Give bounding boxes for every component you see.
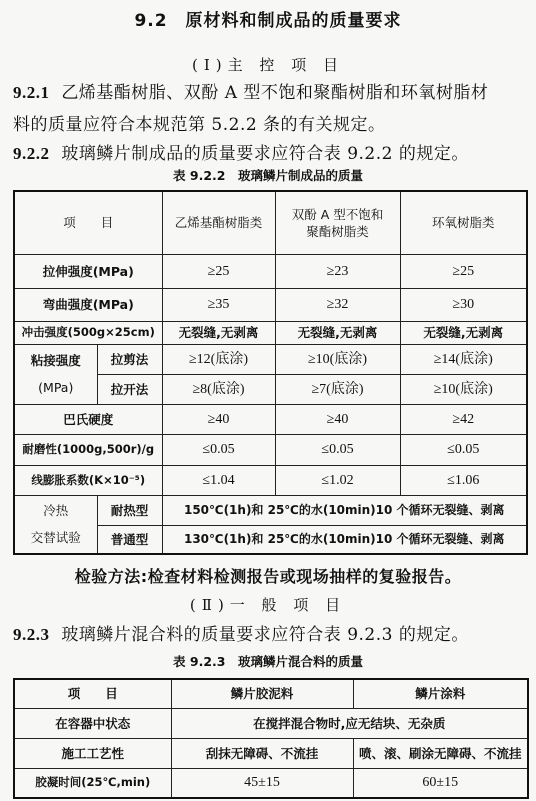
cell: ≥25 <box>162 254 275 288</box>
inspection-method: 检验方法:检查材料检测报告或现场抽样的复验报告。 <box>0 564 536 587</box>
cell: ≤1.04 <box>162 465 275 495</box>
cell: ≥35 <box>162 288 275 321</box>
cell: ≥10(底涂) <box>275 344 400 374</box>
subsection-heading-main-control: (Ⅰ)主 控 项 目 <box>0 54 536 75</box>
header-flake-coating: 鳞片涂料 <box>353 679 528 708</box>
label-line2: (MPa) <box>15 379 97 396</box>
clause-number: 9.2.2 <box>13 144 50 163</box>
table-row: 施工工艺性 刮抹无障碍、不流挂 喷、滚、刷涂无障碍、不流挂 <box>14 738 528 768</box>
clause-9-2-2: 9.2.2 玻璃鳞片制成品的质量要求应符合表 9.2.2 的规定。 <box>13 139 469 164</box>
header-line2: 聚酯树脂类 <box>276 223 400 240</box>
cell: ≥10(底涂) <box>400 374 527 404</box>
cell: 无裂缝,无剥离 <box>400 321 527 344</box>
sub-label: 耐热型 <box>97 495 162 525</box>
table-row: 线膨胀系数(K×10⁻⁵) ≤1.04 ≤1.02 ≤1.06 <box>14 465 527 495</box>
table-row: 拉伸强度(MPa) ≥25 ≥23 ≥25 <box>14 254 527 288</box>
row-label: 粘接强度(MPa) <box>14 344 97 404</box>
table-row: 冲击强度(500g×25cm) 无裂缝,无剥离 无裂缝,无剥离 无裂缝,无剥离 <box>14 321 527 344</box>
cell: 无裂缝,无剥离 <box>162 321 275 344</box>
row-label: 在容器中状态 <box>14 708 171 738</box>
label-line1: 冷热 <box>15 502 97 519</box>
table-row: 耐磨性(1000g,500r)/g ≤0.05 ≤0.05 ≤0.05 <box>14 434 527 465</box>
row-label: 拉伸强度(MPa) <box>14 254 162 288</box>
row-label: 胶凝时间(25℃,min) <box>14 768 171 798</box>
header-flake-putty: 鳞片胶泥料 <box>171 679 353 708</box>
cell: 60±15 <box>353 768 528 798</box>
clause-9-2-1-line1: 9.2.1 乙烯基酯树脂、双酚 A 型不饱和聚酯树脂和环氧树脂材 <box>13 78 488 103</box>
header-item: 项 目 <box>14 679 171 708</box>
table-header-row: 项 目 鳞片胶泥料 鳞片涂料 <box>14 679 528 708</box>
table-9-2-2-caption: 表 9.2.2 玻璃鳞片制成品的质量 <box>0 166 536 184</box>
row-label: 冲击强度(500g×25cm) <box>14 321 162 344</box>
cell: ≤0.05 <box>162 434 275 465</box>
cell: ≥25 <box>400 254 527 288</box>
merged-cell: 在搅拌混合物时,应无结块、无杂质 <box>171 708 528 738</box>
label-line1: 粘接强度 <box>15 352 97 369</box>
row-label: 线膨胀系数(K×10⁻⁵) <box>14 465 162 495</box>
cell: ≥14(底涂) <box>400 344 527 374</box>
clause-9-2-3: 9.2.3 玻璃鳞片混合料的质量要求应符合表 9.2.3 的规定。 <box>13 620 469 645</box>
subsection-heading-general: (Ⅱ)一 般 项 目 <box>0 594 536 615</box>
table-row: 巴氏硬度 ≥40 ≥40 ≥42 <box>14 404 527 434</box>
row-label: 冷热交替试验 <box>14 495 97 554</box>
label-line2: 交替试验 <box>15 529 97 546</box>
cell: ≥42 <box>400 404 527 434</box>
clause-9-2-1-line2: 料的质量应符合本规范第 5.2.2 条的有关规定。 <box>13 110 386 135</box>
sub-label: 普通型 <box>97 525 162 554</box>
cell: ≤0.05 <box>400 434 527 465</box>
cell: 喷、滚、刷涂无障碍、不流挂 <box>353 738 528 768</box>
clause-text: 玻璃鳞片混合料的质量要求应符合表 9.2.3 的规定。 <box>61 625 469 645</box>
header-epoxy: 环氧树脂类 <box>400 191 527 254</box>
sub-label: 拉开法 <box>97 374 162 404</box>
cell: ≤0.05 <box>275 434 400 465</box>
clause-number: 9.2.1 <box>13 83 50 102</box>
cell: ≥12(底涂) <box>162 344 275 374</box>
header-bisphenol-a: 双酚 A 型不饱和聚酯树脂类 <box>275 191 400 254</box>
cell: ≥7(底涂) <box>275 374 400 404</box>
clause-text: 乙烯基酯树脂、双酚 A 型不饱和聚酯树脂和环氧树脂材 <box>61 83 488 103</box>
row-label: 巴氏硬度 <box>14 404 162 434</box>
row-label: 耐磨性(1000g,500r)/g <box>14 434 162 465</box>
table-9-2-2: 项 目 乙烯基酯树脂类 双酚 A 型不饱和聚酯树脂类 环氧树脂类 拉伸强度(MP… <box>13 190 528 555</box>
table-row: 弯曲强度(MPa) ≥35 ≥32 ≥30 <box>14 288 527 321</box>
cell: 无裂缝,无剥离 <box>275 321 400 344</box>
merged-cell: 150℃(1h)和 25℃的水(10min)10 个循环无裂缝、剥离 <box>162 495 527 525</box>
table-9-2-3-caption: 表 9.2.3 玻璃鳞片混合料的质量 <box>0 652 536 670</box>
table-row: 粘接强度(MPa) 拉剪法 ≥12(底涂) ≥10(底涂) ≥14(底涂) <box>14 344 527 374</box>
merged-cell: 130℃(1h)和 25℃的水(10min)10 个循环无裂缝、剥离 <box>162 525 527 554</box>
clause-text: 玻璃鳞片制成品的质量要求应符合表 9.2.2 的规定。 <box>61 144 469 164</box>
clause-number: 9.2.3 <box>13 625 50 644</box>
header-line1: 双酚 A 型不饱和 <box>276 206 400 223</box>
table-row: 胶凝时间(25℃,min) 45±15 60±15 <box>14 768 528 798</box>
cell: 45±15 <box>171 768 353 798</box>
table-9-2-3: 项 目 鳞片胶泥料 鳞片涂料 在容器中状态 在搅拌混合物时,应无结块、无杂质 施… <box>13 678 529 799</box>
table-row: 冷热交替试验 耐热型 150℃(1h)和 25℃的水(10min)10 个循环无… <box>14 495 527 525</box>
row-label: 弯曲强度(MPa) <box>14 288 162 321</box>
header-item: 项 目 <box>14 191 162 254</box>
cell: ≥40 <box>275 404 400 434</box>
cell: ≤1.06 <box>400 465 527 495</box>
cell: ≥40 <box>162 404 275 434</box>
header-vinyl-ester: 乙烯基酯树脂类 <box>162 191 275 254</box>
cell: ≥32 <box>275 288 400 321</box>
table-row: 在容器中状态 在搅拌混合物时,应无结块、无杂质 <box>14 708 528 738</box>
cell: ≥30 <box>400 288 527 321</box>
cell: 刮抹无障碍、不流挂 <box>171 738 353 768</box>
sub-label: 拉剪法 <box>97 344 162 374</box>
cell: ≤1.02 <box>275 465 400 495</box>
cell: ≥8(底涂) <box>162 374 275 404</box>
cell: ≥23 <box>275 254 400 288</box>
table-header-row: 项 目 乙烯基酯树脂类 双酚 A 型不饱和聚酯树脂类 环氧树脂类 <box>14 191 527 254</box>
section-title: 9.2 原材料和制成品的质量要求 <box>0 6 536 31</box>
row-label: 施工工艺性 <box>14 738 171 768</box>
